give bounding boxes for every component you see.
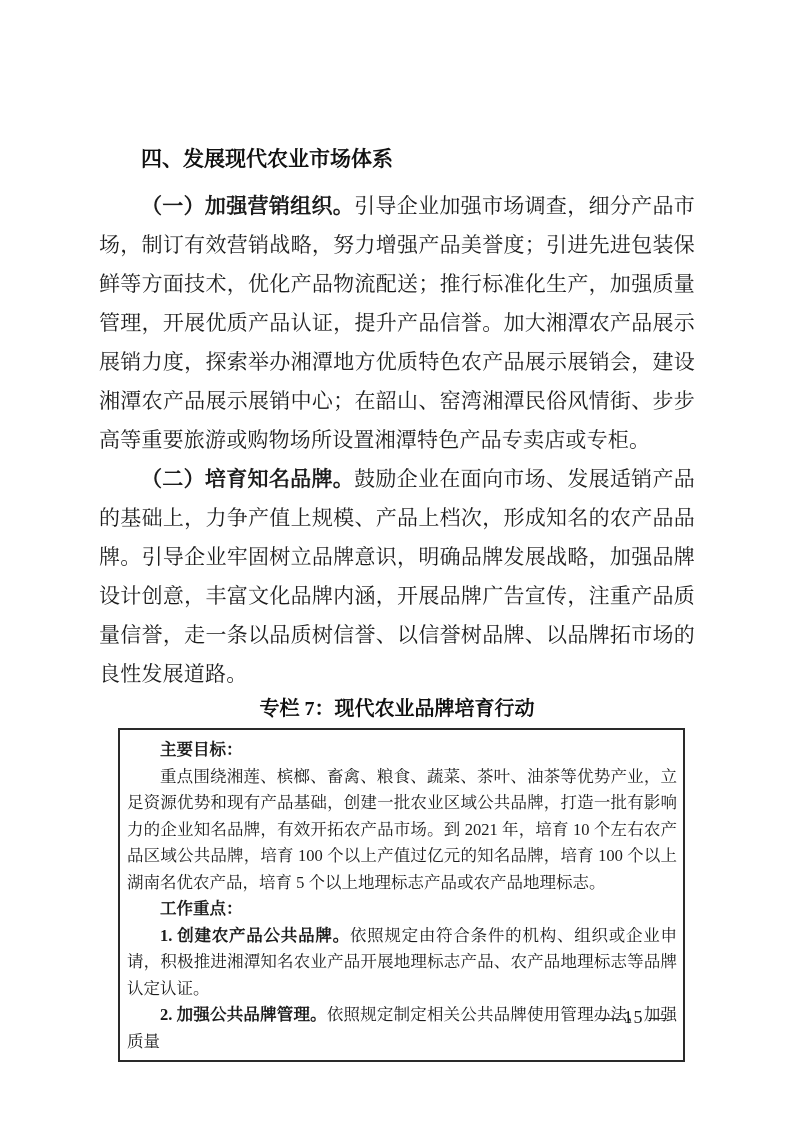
paragraph-lead: 1. 创建农产品公共品牌。 [160, 926, 350, 945]
section-heading: 四、发展现代农业市场体系 [99, 147, 695, 173]
paragraph-lead: 工作重点： [160, 899, 243, 918]
paragraph: 主要目标： [127, 737, 677, 764]
body-paragraphs: （一）加强营销组织。引导企业加强市场调查，细分产品市场，制订有效营销战略，努力增… [99, 187, 695, 694]
paragraph: （二）培育知名品牌。鼓励企业在面向市场、发展适销产品的基础上，力争产值上规模、产… [99, 460, 695, 694]
page-content: 四、发展现代农业市场体系 （一）加强营销组织。引导企业加强市场调查，细分产品市场… [99, 147, 695, 1062]
paragraph: 重点围绕湘莲、槟榔、畜禽、粮食、蔬菜、茶叶、油茶等优势产业，立足资源优势和现有产… [127, 764, 677, 897]
paragraph: （一）加强营销组织。引导企业加强市场调查，细分产品市场，制订有效营销战略，努力增… [99, 187, 695, 460]
page-number: — 15 — [599, 1007, 668, 1028]
paragraph: 工作重点： [127, 896, 677, 923]
paragraph: 2. 加强公共品牌管理。依照规定制定相关公共品牌使用管理办法，加强质量 [127, 1002, 677, 1055]
paragraph-text: 鼓励企业在面向市场、发展适销产品的基础上，力争产值上规模、产品上档次，形成知名的… [99, 467, 695, 686]
paragraph-lead: 主要目标： [160, 740, 243, 759]
paragraph-text: 引导企业加强市场调查，细分产品市场，制订有效营销战略，努力增强产品美誉度；引进先… [99, 194, 695, 452]
paragraph: 1. 创建农产品公共品牌。依照规定由符合条件的机构、组织或企业申请，积极推进湘潭… [127, 923, 677, 1003]
paragraph-lead: 2. 加强公共品牌管理。 [160, 1005, 327, 1024]
document-page: 四、发展现代农业市场体系 （一）加强营销组织。引导企业加强市场调查，细分产品市场… [0, 0, 793, 1122]
paragraph-text: 重点围绕湘莲、槟榔、畜禽、粮食、蔬菜、茶叶、油茶等优势产业，立足资源优势和现有产… [127, 767, 677, 892]
panel-title: 专栏 7：现代农业品牌培育行动 [99, 696, 695, 722]
paragraph-lead: （一）加强营销组织。 [141, 194, 354, 218]
paragraph-lead: （二）培育知名品牌。 [141, 467, 354, 491]
